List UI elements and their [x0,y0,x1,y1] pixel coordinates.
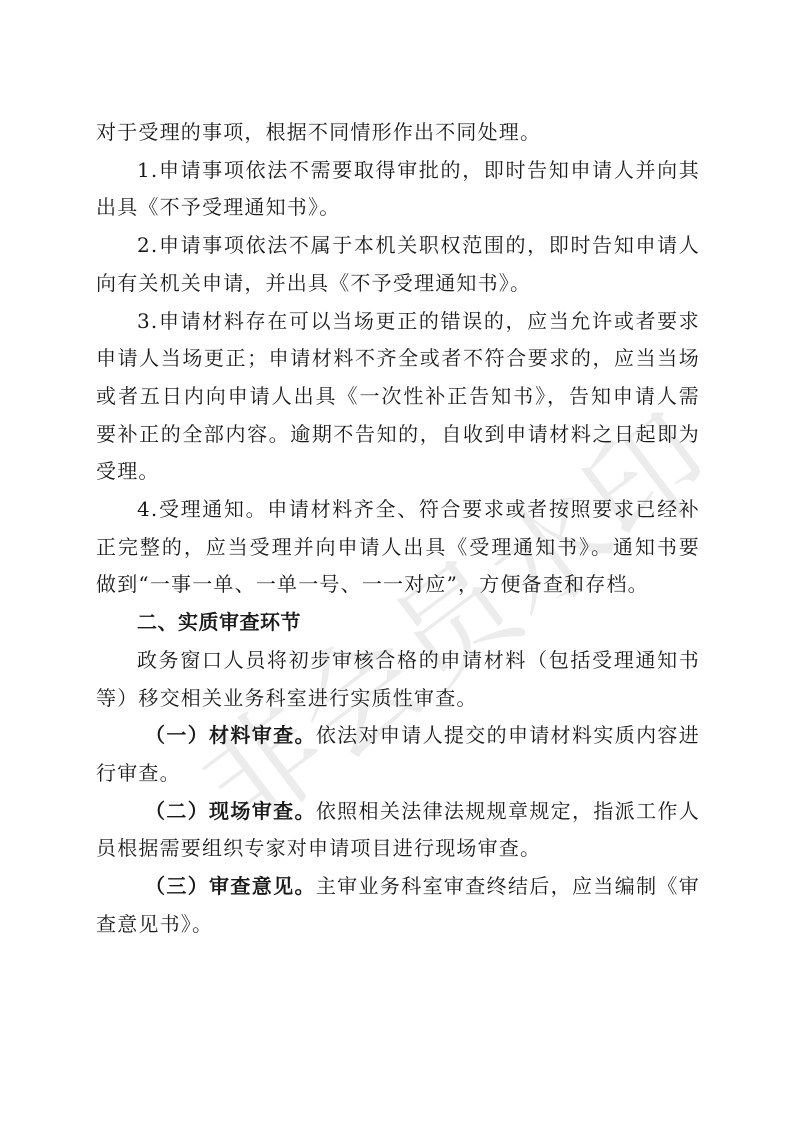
paragraph-intro: 对于受理的事项，根据不同情形作出不同处理。 [96,114,700,152]
document-body: 对于受理的事项，根据不同情形作出不同处理。 1.申请事项依法不需要取得审批的，即… [96,114,700,943]
subsection-material-review: （一）材料审查。依法对申请人提交的申请材料实质内容进行审查。 [96,717,700,792]
subsection-review-opinion: （三）审查意见。主审业务科室审查终结后，应当编制《审查意见书》。 [96,868,700,943]
paragraph-item-4: 4.受理通知。申请材料齐全、符合要求或者按照要求已经补正完整的，应当受理并向申请… [96,491,700,604]
subsection-label: （三）审查意见。 [145,874,316,898]
paragraph-item-3: 3.申请材料存在可以当场更正的错误的，应当允许或者要求申请人当场更正；申请材料不… [96,303,700,492]
section-heading: 二、实质审查环节 [96,604,700,642]
document-page: 非会员水印 对于受理的事项，根据不同情形作出不同处理。 1.申请事项依法不需要取… [0,0,793,1122]
subsection-site-review: （二）现场审查。依照相关法律法规规章规定，指派工作人员根据需要组织专家对申请项目… [96,793,700,868]
paragraph-item-1: 1.申请事项依法不需要取得审批的，即时告知申请人并向其出具《不予受理通知书》。 [96,152,700,227]
section-intro: 政务窗口人员将初步审核合格的申请材料（包括受理通知书等）移交相关业务科室进行实质… [96,642,700,717]
subsection-label: （二）现场审查。 [145,799,316,823]
subsection-label: （一）材料审查。 [145,723,316,747]
paragraph-item-2: 2.申请事项依法不属于本机关职权范围的，即时告知申请人向有关机关申请，并出具《不… [96,227,700,302]
